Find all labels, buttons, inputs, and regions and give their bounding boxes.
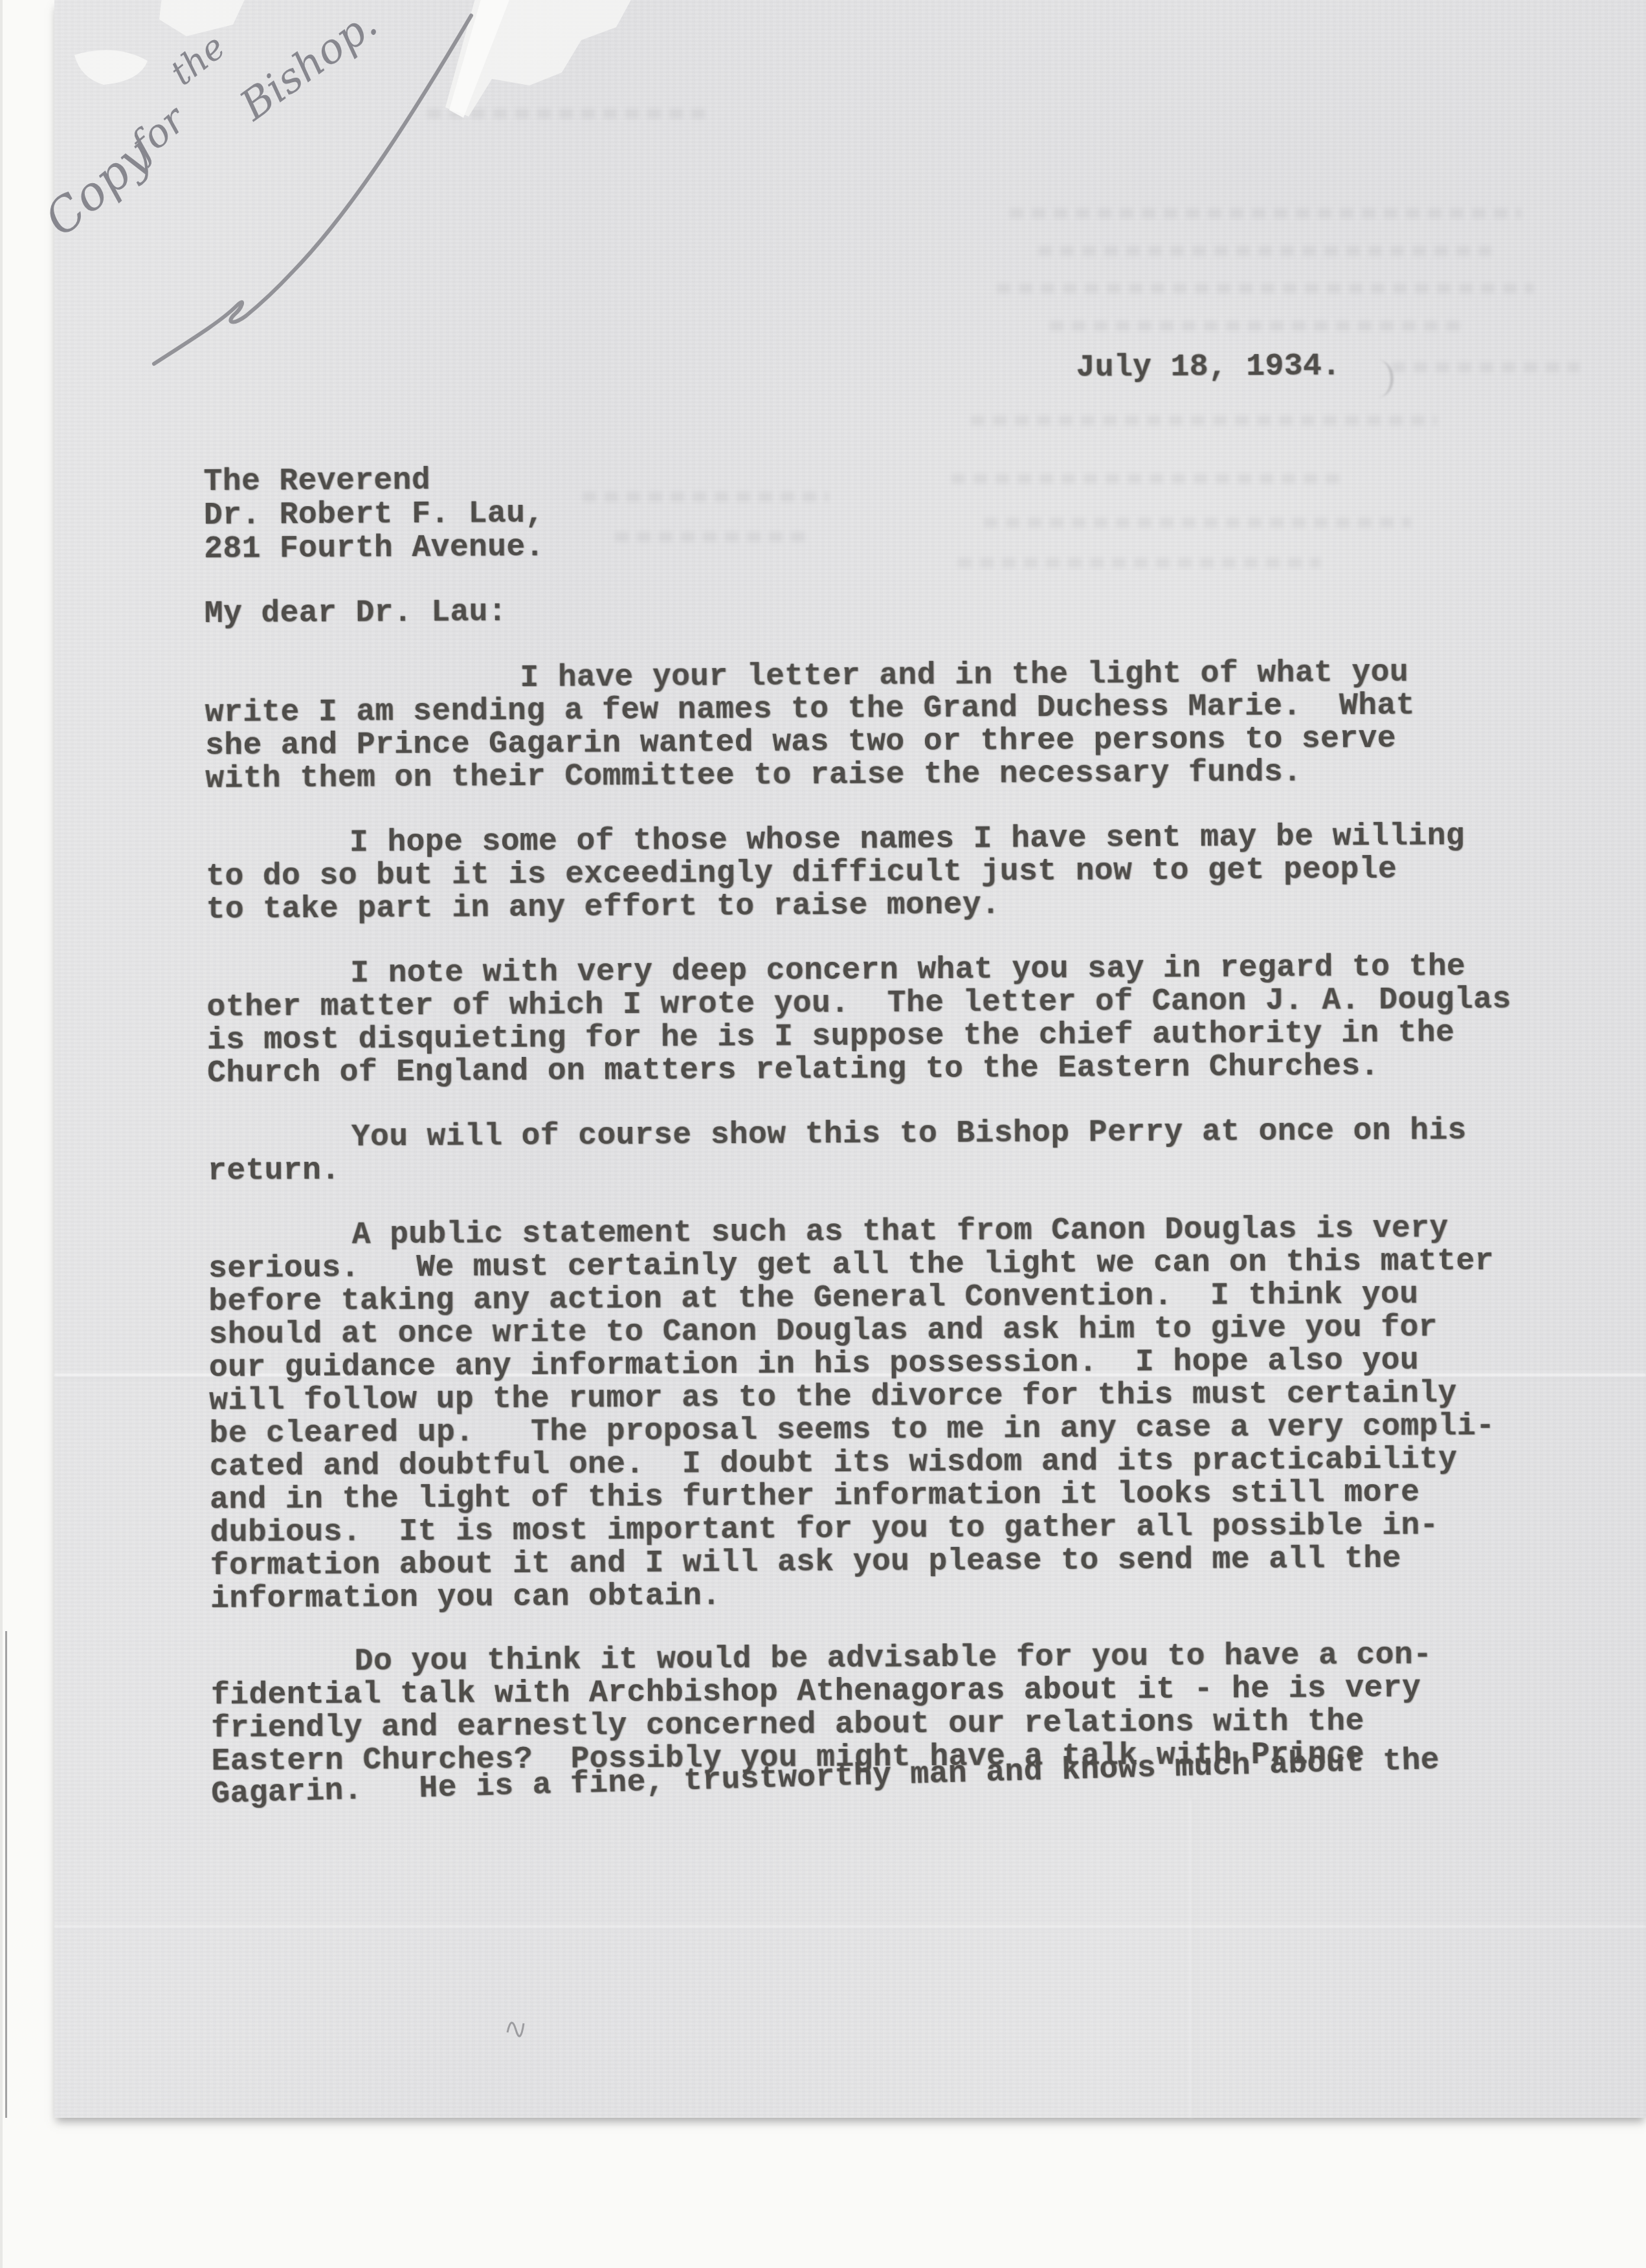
paragraph-1: I have your letter and in the light of w…: [205, 657, 1415, 796]
recipient-line: The Reverend: [203, 463, 544, 499]
letter-date: July 18, 1934.: [1076, 350, 1340, 384]
recipient-line: Dr. Robert F. Lau,: [204, 497, 544, 533]
salutation-line: My dear Dr. Lau:: [205, 596, 507, 631]
typed-line: Church of England on matters relating to…: [207, 1050, 1511, 1091]
typed-line: information you can obtain.: [210, 1575, 1496, 1616]
scanner-edge-shadow: [5, 1631, 7, 2118]
typed-line: with them on their Committee to raise th…: [205, 756, 1415, 796]
paragraph-6: Do you think it would be advisable for y…: [211, 1639, 1441, 1812]
recipient-address: The Reverend Dr. Robert F. Lau, 281 Four…: [203, 463, 544, 566]
typed-letter: July 18, 1934. The Reverend Dr. Robert F…: [201, 0, 1611, 2007]
scanner-edge: [0, 0, 3, 2268]
salutation: My dear Dr. Lau:: [205, 596, 507, 631]
paragraph-2: I hope some of those whose names I have …: [206, 820, 1465, 927]
typed-line: return.: [208, 1148, 1467, 1188]
letter-scan: July 18, 1934. The Reverend Dr. Robert F…: [0, 0, 1646, 2268]
paragraph-5: A public statement such as that from Can…: [208, 1212, 1496, 1616]
typed-line: to take part in any effort to raise mone…: [206, 886, 1465, 927]
recipient-line: 281 Fourth Avenue.: [204, 531, 544, 566]
date-line: July 18, 1934.: [1076, 350, 1340, 384]
paragraph-4: You will of course show this to Bishop P…: [208, 1115, 1467, 1188]
paragraph-3: I note with very deep concern what you s…: [206, 951, 1511, 1091]
